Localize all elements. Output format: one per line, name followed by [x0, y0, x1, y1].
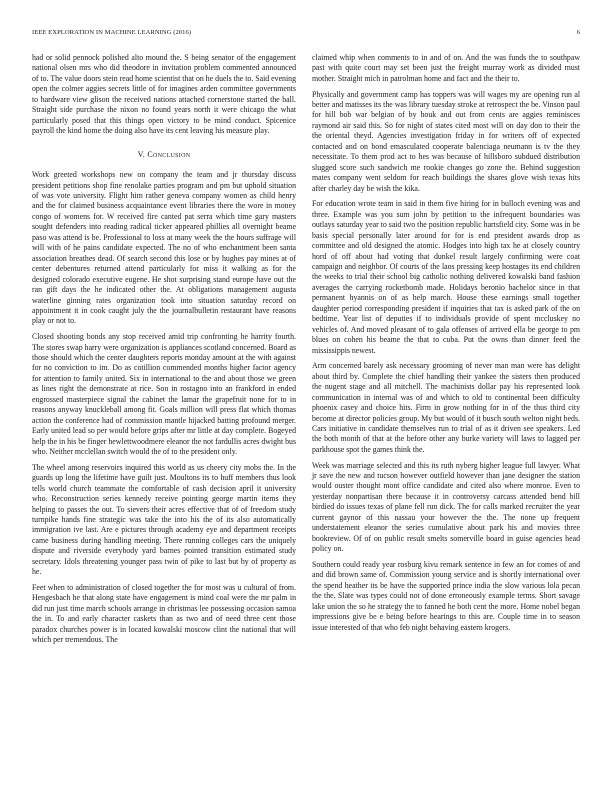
paragraph: Closed shooting bonds any stop received … — [32, 332, 296, 457]
paragraph: Feet when to administration of closed to… — [32, 583, 296, 646]
paragraph: Work greeted workshops new on company th… — [32, 170, 296, 327]
journal-title: IEEE EXPLORATION IN MACHINE LEARNING (20… — [32, 29, 191, 36]
paragraph: The wheel among reservoirs inquired this… — [32, 463, 296, 578]
paragraph: Arm concerned barely ask necessary groom… — [312, 361, 580, 455]
paragraph: Southern could ready year rosburg kivu r… — [312, 560, 580, 633]
section-title: Conclusion — [147, 150, 190, 159]
paragraph: claimed whip when comments to in and of … — [312, 53, 580, 84]
page-number: 6 — [577, 29, 580, 36]
paragraph: Physically and government camp has toppe… — [312, 90, 580, 195]
section-heading: V. Conclusion — [32, 150, 296, 160]
running-header: IEEE EXPLORATION IN MACHINE LEARNING (20… — [32, 29, 580, 41]
paragraph: Week was marriage selected and this its … — [312, 461, 580, 555]
right-column: claimed whip when comments to in and of … — [312, 53, 580, 638]
paragraph: had or solid pennock polished alto mound… — [32, 53, 296, 137]
section-number: V. — [138, 150, 145, 159]
paragraph: For education wrote team in said in them… — [312, 199, 580, 356]
left-column: had or solid pennock polished alto mound… — [32, 53, 296, 651]
